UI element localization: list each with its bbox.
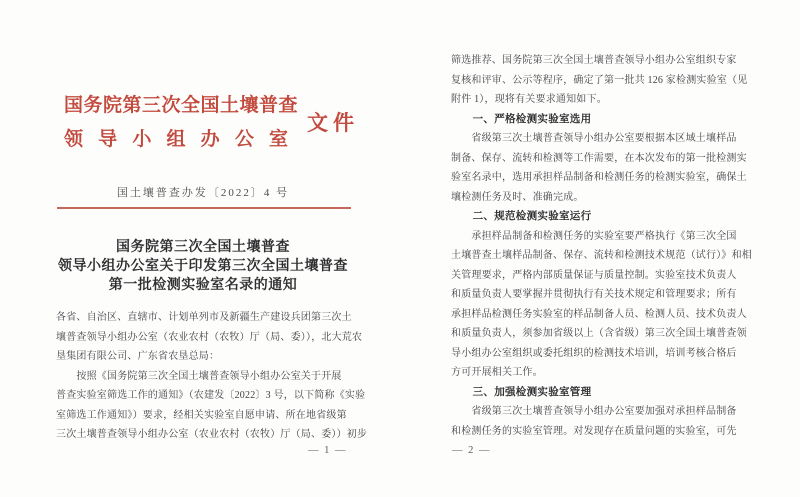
section-heading-2: 二、规范检测实验室运行 bbox=[451, 207, 753, 227]
body-line: 验室名录中，选用承担样品制备和检测任务的检测实验室，确保土 bbox=[451, 168, 753, 188]
page-number-2: — 2 — bbox=[452, 445, 491, 456]
doc-title: 国务院第三次全国土壤普查 领导小组办公室关于印发第三次全国土壤普查 第一批检测实… bbox=[47, 238, 359, 295]
body-line: 附件 1），现将有关要求通知如下。 bbox=[451, 90, 753, 110]
body-line: 壤普查领导小组办公室（农业农村（农牧）厅（局、委）），北大荒农 bbox=[56, 328, 354, 348]
section-heading-3: 三、加强检测实验室管理 bbox=[451, 383, 753, 403]
doc-title-line1: 国务院第三次全国土壤普查 bbox=[47, 238, 359, 257]
doc-number: 国土壤普查办发〔2022〕4 号 bbox=[55, 184, 351, 200]
body-line: 按照《国务院第三次全国土壤普查领导小组办公室关于开展 bbox=[56, 367, 354, 387]
body-line: 普查实验室筛选工作的通知》（农建发〔2022〕3 号，以下简称《实验 bbox=[56, 386, 354, 406]
page-number-1: — 1 — bbox=[55, 445, 347, 456]
section-heading-1: 一、严格检测实验室选用 bbox=[451, 110, 753, 130]
body-line: 方可开展相关工作。 bbox=[451, 363, 753, 383]
doc-title-line3: 第一批检测实验室名录的通知 bbox=[47, 276, 359, 295]
body-line: 制备、保存、流转和检测等工作需要，在本次发布的第一批检测实 bbox=[451, 149, 753, 169]
body-line: 筛选推荐、国务院第三次全国土壤普查领导小组办公室组织专家 bbox=[451, 51, 753, 71]
body-line: 承担样品检测任务实验室的样品制备人员、检测人员、技术负责人 bbox=[451, 305, 753, 325]
body-line: 和质量负责人，须参加省级以上（含省级）第三次全国土壤普查领 bbox=[451, 324, 753, 344]
page-2-body: 筛选推荐、国务院第三次全国土壤普查领导小组办公室组织专家 复核和评审、公示等程序… bbox=[451, 51, 753, 441]
body-line: 关管理要求，严格内部质量保证与质量控制。实验室技术负责人 bbox=[451, 266, 753, 286]
body-line: 导小组办公室组织或委托组织的检测技术培训，培训考核合格后 bbox=[451, 344, 753, 364]
body-line: 室筛选工作通知》）要求，经相关实验室自愿申请、所在地省级第 bbox=[56, 406, 354, 426]
page-1-body: 各省、自治区、直辖市、计划单列市及新疆生产建设兵团第三次土 壤普查领导小组办公室… bbox=[56, 308, 354, 445]
body-line: 三次土壤普查领导小组办公室（农业农村（农牧）厅（局、委））初步 bbox=[56, 425, 354, 445]
body-line: 和检测任务的实验室管理。对发现存在质量问题的实验室，可先 bbox=[451, 422, 753, 442]
body-line: 垦集团有限公司、广东省农垦总局： bbox=[56, 347, 354, 367]
issuer-name-line2: 领导小组办公室 bbox=[64, 124, 288, 151]
body-line: 省级第三次土壤普查领导小组办公室要根据本区域土壤样品 bbox=[451, 129, 753, 149]
body-line: 承担样品制备和检测任务的实验室要严格执行《第三次全国 bbox=[451, 227, 753, 247]
issuer-banner: 国务院第三次全国土壤普查 领导小组办公室 bbox=[64, 90, 288, 151]
document-scan: 国务院第三次全国土壤普查 领导小组办公室 文件 国土壤普查办发〔2022〕4 号… bbox=[0, 0, 800, 497]
red-divider-rule bbox=[57, 207, 351, 209]
body-line: 土壤普查土壤样品制备、保存、流转和检测技术规范（试行）》和相 bbox=[451, 246, 753, 266]
doc-title-line2: 领导小组办公室关于印发第三次全国土壤普查 bbox=[47, 257, 359, 276]
body-line: 省级第三次土壤普查领导小组办公室要加强对承担样品制备 bbox=[451, 402, 753, 422]
body-line: 壤检测任务及时、准确完成。 bbox=[451, 188, 753, 208]
issuer-name-line1: 国务院第三次全国土壤普查 bbox=[64, 90, 288, 117]
body-line: 复核和评审、公示等程序，确定了第一批共 126 家检测实验室（见 bbox=[451, 71, 753, 91]
body-line: 各省、自治区、直辖市、计划单列市及新疆生产建设兵团第三次土 bbox=[56, 308, 354, 328]
body-line: 和质量负责人要掌握并贯彻执行有关技术规定和管理要求；所有 bbox=[451, 285, 753, 305]
doc-type-label: 文件 bbox=[307, 107, 359, 137]
